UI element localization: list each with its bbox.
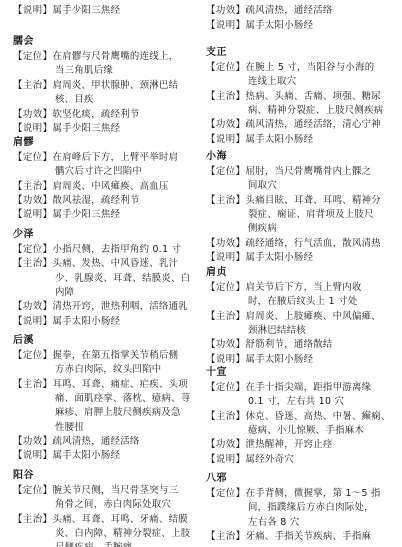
entry-continuation: 少、乳腺炎、耳聋、结膜炎、白 [55,273,190,285]
entry-continuation: 病、精神分裂症、上肢尺侧疾病 [248,105,383,117]
entry-label: 【定位】 [206,382,246,393]
entry-label: 【主治】 [13,514,53,525]
entry-line: 【定位】在手十指尖端，距指甲游离缘 [206,382,371,394]
entry-text: 散风祛湿，疏经利节 [53,195,140,206]
entry-label: 【主治】 [13,80,53,91]
entry-label: 【功效】 [206,5,246,16]
entry-line: 【定位】屈肘，当尺骨鹰嘴骨内上髁之 [206,166,371,178]
entry-text: 在肩髎与尺骨鹰嘴的连线上， [53,51,179,62]
entry-line: 【主治】休克、昏迷、高热、中暑、癫痫、 [206,411,391,423]
entry-text: 头痛、发热、中风昏迷、乳汁 [53,258,179,269]
entry-continuation: 炎、白内障、精神分裂症、上肢 [55,528,190,540]
entry-label: 【定位】 [13,485,53,496]
entry-line: 【定位】握拳，在第五指掌关节稍后侧 [13,350,178,362]
entry-continuation: 麻疹、肩胛上肢尺侧疾病及急 [55,407,181,419]
entry-label: 【说明】 [13,450,53,461]
entry-line: 【功效】泄热醒神，开窍止痉 [206,439,333,451]
entry-continuation: 裂症、痫证、肩背项及上肢尺 [248,209,374,221]
entry-text: 肩周炎、上肢瘫痪、中风偏瘫、 [246,311,381,322]
entry-line: 【功效】清热开窍，泄热利咽，活络通乳 [13,301,188,313]
entry-text: 肩关节后下方，当上臂内收 [246,282,362,293]
entry-line: 【功效】散风祛湿，疏经利节 [13,195,140,207]
entry-continuation: 间取穴 [248,180,277,192]
entry-label: 【主治】 [206,91,246,102]
entry-continuation: 时，在腋后纹头上 1 寸处 [248,296,358,308]
entry-text: 舒筋利节，通络散结 [246,339,333,350]
entry-continuation: 内障 [55,287,74,299]
entry-label: 【功效】 [206,439,246,450]
acupoint-heading: 支正 [206,47,227,59]
entry-label: 【定位】 [13,152,53,163]
entry-continuation: 方赤白肉际，纹头凹陷中 [55,364,161,376]
entry-label: 【功效】 [206,339,246,350]
entry-text: 属手少阳三焦经 [53,123,121,134]
entry-label: 【说明】 [13,123,53,134]
entry-text: 屈肘，当尺骨鹰嘴骨内上髁之 [246,166,372,177]
entry-label: 【功效】 [206,238,246,249]
entry-continuation: 核、目疾 [55,94,94,106]
entry-line: 【主治】头痛、耳聋、耳鸣、牙痛、结膜 [13,514,188,526]
entry-label: 【主治】 [13,181,53,192]
entry-label: 【主治】 [206,195,246,206]
entry-text: 牙痛、手指关节疾病、手指麻 [246,531,372,542]
entry-line: 【定位】肩关节后下方，当上臂内收 [206,282,362,294]
entry-label: 【说明】 [206,454,246,465]
acupoint-heading: 小海 [206,151,227,163]
entry-label: 【功效】 [13,301,53,312]
acupoint-heading: 肩髎 [13,137,34,149]
entry-line: 【说明】属手太阳小肠经 [13,316,120,328]
entry-label: 【主治】 [206,411,246,422]
entry-line: 【主治】耳鸣、耳聋、痛症、疟疾、头项 [13,379,188,391]
entry-line: 【功效】疏风清热，通经活络 [13,436,140,448]
entry-text: 属手少阳三焦经 [53,5,121,16]
entry-continuation: 连线上取穴 [248,76,296,88]
entry-text: 疏风清热，通经活络 [246,5,333,16]
entry-continuation: 颈淋巴结结核 [248,325,306,337]
entry-text: 耳鸣、耳聋、痛症、疟疾、头项 [53,379,188,390]
acupoint-heading: 十宣 [206,367,227,379]
entry-line: 【功效】疏风清热，通经活络，清心宁神 [206,119,381,131]
entry-label: 【说明】 [206,134,246,145]
entry-line: 【功效】疏经通络，行气活血，散风清热 [206,238,381,250]
entry-line: 【主治】头痛目眩、耳聋、耳鸣、精神分 [206,195,381,207]
entry-label: 【定位】 [13,350,53,361]
entry-text: 属手太阳小肠经 [246,252,314,263]
entry-continuation: 性腰扭 [55,422,84,434]
entry-label: 【说明】 [13,209,53,220]
entry-text: 属手太阳小肠经 [246,134,314,145]
entry-line: 【说明】属经外奇穴 [206,454,294,466]
entry-text: 腕关节尺侧，当尺骨茎突与三 [53,485,179,496]
entry-line: 【主治】肩周炎、上肢瘫痪、中风偏瘫、 [206,311,381,323]
entry-line: 【主治】热病、头痛、舌痛、项强、糖尿 [206,91,381,103]
entry-line: 【定位】在肩峰后下方，上臂平举时肩 [13,152,178,164]
acupoint-heading: 少泽 [13,229,34,241]
entry-text: 头痛目眩、耳聋、耳鸣、精神分 [246,195,381,206]
acupoint-heading: 臑会 [13,36,34,48]
entry-text: 在肩峰后下方，上臂平举时肩 [53,152,179,163]
entry-continuation: 侧疾病 [248,223,277,235]
entry-continuation: 当三角肌后缘 [55,65,113,77]
entry-continuation: 痛、面肌痉挛、落枕、癔病、荨 [55,393,190,405]
entry-text: 疏风清热，通经活络，清心宁神 [246,119,381,130]
entry-label: 【功效】 [206,119,246,130]
entry-line: 【主治】头痛、发热、中风昏迷、乳汁 [13,258,178,270]
entry-text: 小指尺侧，去指甲角约 0.1 寸 [53,244,182,255]
acupoint-heading: 后溪 [13,335,34,347]
entry-continuation: 间，指蹼缘后方赤白肉际处， [248,502,374,514]
entry-line: 【功效】疏风清热，通经活络 [206,5,333,17]
entry-line: 【说明】属手太阳小肠经 [13,450,120,462]
acupoint-heading: 八邪 [206,473,227,485]
entry-label: 【功效】 [13,436,53,447]
entry-continuation: 左右各 8 穴 [248,517,300,529]
entry-line: 【定位】腕关节尺侧，当尺骨茎突与三 [13,485,178,497]
entry-continuation: 癔病、小儿惊厥、手指麻木 [248,425,364,437]
entry-line: 【说明】属手少阳三焦经 [13,123,120,135]
entry-text: 握拳，在第五指掌关节稍后侧 [53,350,179,361]
entry-text: 属手太阳小肠经 [53,450,121,461]
entry-line: 【功效】舒筋利节，通络散结 [206,339,333,351]
entry-continuation: 髃穴后寸许之凹陷中 [55,166,142,178]
entry-text: 在手十指尖端，距指甲游离缘 [246,382,372,393]
entry-line: 【定位】在肩髎与尺骨鹰嘴的连线上， [13,51,178,63]
entry-text: 泄热醒神，开窍止痉 [246,439,333,450]
entry-text: 在手背侧，微握掌，第 1～5 指 [246,488,381,499]
entry-line: 【说明】属手太阳小肠经 [206,354,313,366]
entry-line: 【定位】在手背侧，微握掌，第 1～5 指 [206,488,381,500]
entry-label: 【定位】 [206,166,246,177]
entry-label: 【定位】 [13,244,53,255]
entry-text: 属手太阳小肠经 [53,316,121,327]
entry-line: 【说明】属手太阳小肠经 [206,20,313,32]
entry-label: 【主治】 [206,531,246,542]
entry-continuation: 角骨之间，赤白肉际处取穴 [55,499,171,511]
entry-text: 热病、头痛、舌痛、项强、糖尿 [246,91,381,102]
entry-line: 【定位】小指尺侧，去指甲角约 0.1 寸 [13,244,181,256]
entry-line: 【说明】属手少阳三焦经 [13,209,120,221]
entry-label: 【定位】 [206,488,246,499]
entry-line: 【说明】属手少阳三焦经 [13,5,120,17]
entry-text: 属手太阳小肠经 [246,20,314,31]
acupoint-heading: 阳谷 [13,470,34,482]
entry-text: 属经外奇穴 [246,454,294,465]
entry-text: 疏风清热，通经活络 [53,436,140,447]
entry-line: 【主治】肩周炎、甲状腺肿、颈淋巴结 [13,80,178,92]
entry-text: 在腕上 5 寸，当阳谷与小海的 [246,62,375,73]
entry-label: 【说明】 [13,316,53,327]
entry-label: 【功效】 [13,109,53,120]
entry-line: 【主治】肩周炎、中风瘫痪、高血压 [13,181,169,193]
entry-text: 肩周炎、中风瘫痪、高血压 [53,181,169,192]
entry-line: 【说明】属手太阳小肠经 [206,252,313,264]
entry-text: 肩周炎、甲状腺肿、颈淋巴结 [53,80,179,91]
entry-text: 休克、昏迷、高热、中暑、癫痫、 [246,411,391,422]
entry-label: 【主治】 [13,379,53,390]
entry-label: 【主治】 [13,258,53,269]
entry-line: 【主治】牙痛、手指关节疾病、手指麻 [206,531,371,543]
entry-label: 【功效】 [13,195,53,206]
acupoint-heading: 肩贞 [206,267,227,279]
entry-text: 属手太阳小肠经 [246,354,314,365]
entry-label: 【定位】 [13,51,53,62]
entry-line: 【说明】属手太阳小肠经 [206,134,313,146]
entry-continuation: 尺侧疾病、手腕痛 [55,542,132,547]
entry-label: 【说明】 [206,252,246,263]
entry-continuation: 0.1 寸，左右共 10 穴 [248,396,344,408]
entry-text: 软坚化痰，疏经利节 [53,109,140,120]
entry-label: 【定位】 [206,282,246,293]
entry-label: 【说明】 [206,354,246,365]
entry-label: 【主治】 [206,311,246,322]
entry-text: 疏经通络，行气活血，散风清热 [246,238,381,249]
entry-label: 【说明】 [206,20,246,31]
entry-text: 头痛、耳聋、耳鸣、牙痛、结膜 [53,514,188,525]
entry-label: 【定位】 [206,62,246,73]
entry-text: 属手少阳三焦经 [53,209,121,220]
entry-line: 【定位】在腕上 5 寸，当阳谷与小海的 [206,62,374,74]
entry-line: 【功效】软坚化痰，疏经利节 [13,109,140,121]
entry-label: 【说明】 [13,5,53,16]
entry-text: 清热开窍，泄热利咽，活络通乳 [53,301,188,312]
